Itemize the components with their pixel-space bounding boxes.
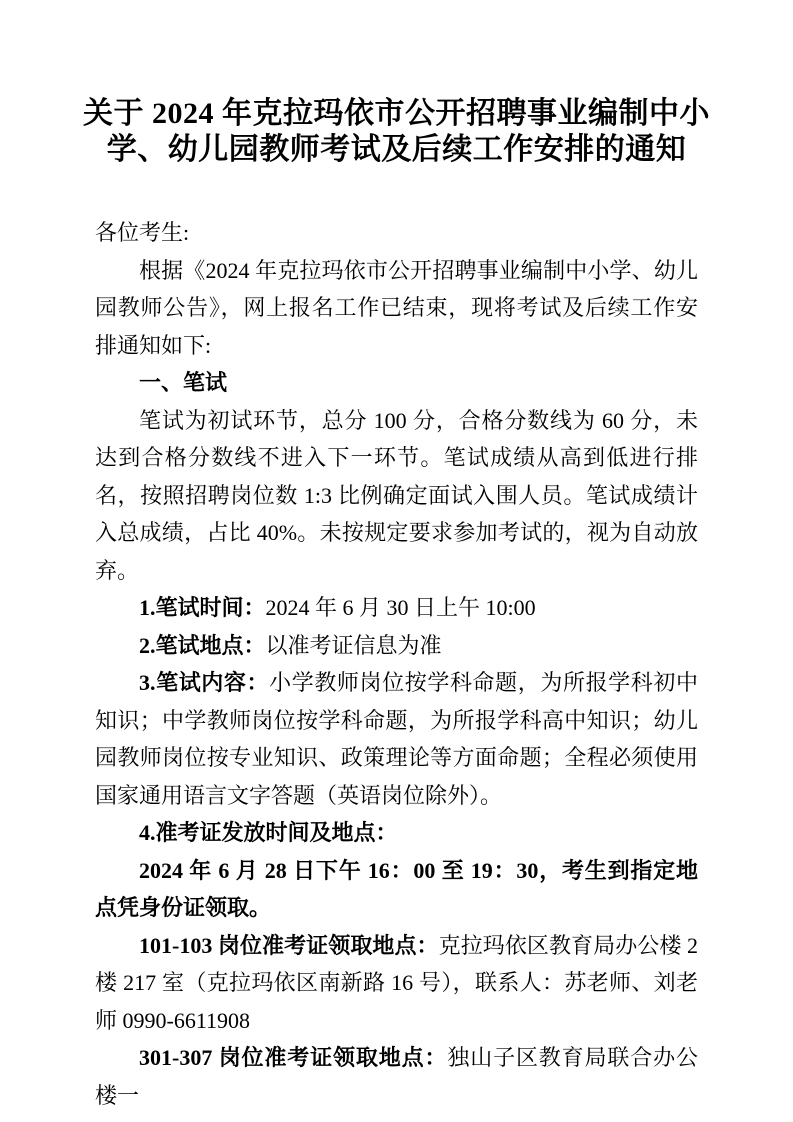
document-body: 各位考生:根据《2024 年克拉玛依市公开招聘事业编制中小学、幼儿园教师公告》，… xyxy=(95,214,698,1114)
pickup-location-101-103: 101-103 岗位准考证领取地点：克拉玛依区教育局办公楼 2 楼 217 室（… xyxy=(95,927,698,1040)
item-3-written-test-content-run-0: 3.笔试内容： xyxy=(139,670,269,695)
intro: 根据《2024 年克拉玛依市公开招聘事业编制中小学、幼儿园教师公告》，网上报名工… xyxy=(95,252,698,365)
item-1-written-test-time: 1.笔试时间：2024 年 6 月 30 日上午 10:00 xyxy=(95,589,698,627)
title-line-1: 关于 2024 年克拉玛依市公开招聘事业编制中小 xyxy=(0,96,793,132)
intro-run-0: 根据《2024 年克拉玛依市公开招聘事业编制中小学、幼儿园教师公告》，网上报名工… xyxy=(95,258,698,358)
item-4-admission-ticket-time-run-0: 2024 年 6 月 28 日下午 16：00 至 19：30，考生到指定地点凭… xyxy=(95,858,698,921)
item-1-written-test-time-run-1: 2024 年 6 月 30 日上午 10:00 xyxy=(266,595,536,620)
written-test-overview-run-0: 笔试为初试环节，总分 100 分，合格分数线为 60 分，未达到合格分数线不进入… xyxy=(95,408,698,583)
document-title: 关于 2024 年克拉玛依市公开招聘事业编制中小 学、幼儿园教师考试及后续工作安… xyxy=(0,96,793,168)
pickup-location-301-307: 301-307 岗位准考证领取地点：独山子区教育局联合办公楼一 xyxy=(95,1039,698,1114)
item-4-admission-ticket-heading: 4.准考证发放时间及地点： xyxy=(95,814,698,852)
item-1-written-test-time-run-0: 1.笔试时间： xyxy=(139,595,266,620)
salutation-run-0: 各位考生: xyxy=(95,220,189,245)
salutation: 各位考生: xyxy=(95,214,698,252)
document-page: 关于 2024 年克拉玛依市公开招聘事业编制中小 学、幼儿园教师考试及后续工作安… xyxy=(0,0,793,1122)
item-4-admission-ticket-heading-run-0: 4.准考证发放时间及地点： xyxy=(139,820,398,845)
item-2-written-test-location: 2.笔试地点：以准考证信息为准 xyxy=(95,627,698,665)
title-line-2: 学、幼儿园教师考试及后续工作安排的通知 xyxy=(0,132,793,168)
item-3-written-test-content: 3.笔试内容：小学教师岗位按学科命题，为所报学科初中知识；中学教师岗位按学科命题… xyxy=(95,664,698,814)
item-2-written-test-location-run-0: 2.笔试地点： xyxy=(139,633,266,658)
section-1-heading: 一、笔试 xyxy=(95,364,698,402)
item-4-admission-ticket-time: 2024 年 6 月 28 日下午 16：00 至 19：30，考生到指定地点凭… xyxy=(95,852,698,927)
written-test-overview: 笔试为初试环节，总分 100 分，合格分数线为 60 分，未达到合格分数线不进入… xyxy=(95,402,698,590)
pickup-location-101-103-run-0: 101-103 岗位准考证领取地点： xyxy=(139,933,439,958)
section-1-heading-run-0: 一、笔试 xyxy=(139,370,227,395)
item-2-written-test-location-run-1: 以准考证信息为准 xyxy=(266,633,442,658)
pickup-location-301-307-run-0: 301-307 岗位准考证领取地点： xyxy=(139,1045,447,1070)
